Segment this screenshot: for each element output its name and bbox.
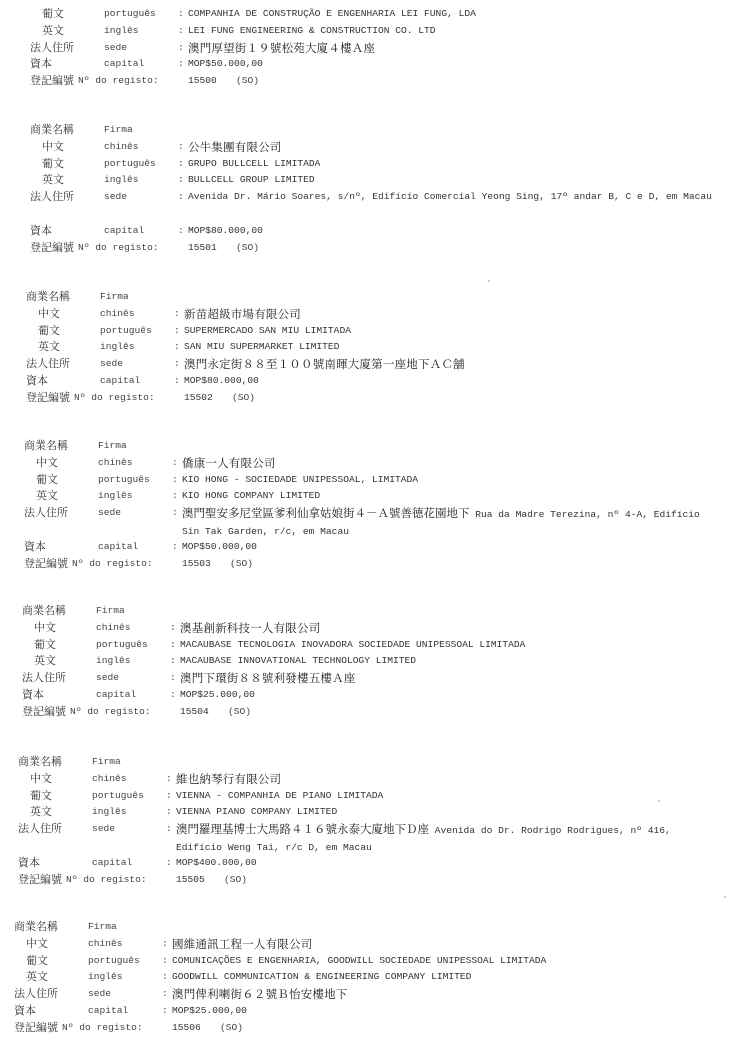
colon: : — [172, 488, 178, 505]
label-pt: Firma — [96, 603, 125, 620]
colon: : — [178, 156, 184, 173]
portuguese-name-row: 葡文 português : SUPERMERCADO SAN MIU LIMI… — [26, 323, 736, 340]
label-zh: 中文 — [38, 306, 60, 323]
capital-row: 資本 capital : MOP$400.000,00 — [18, 855, 736, 872]
english-name-row: 英文 inglês : KIO HONG COMPANY LIMITED — [24, 488, 736, 505]
scan-speck — [724, 896, 726, 898]
label-zh: 資本 — [22, 687, 44, 704]
company-record-15502: 商業名稱 Firma 中文 chinês : 新苗超級市場有限公司 葡文 por… — [26, 289, 736, 407]
capital-value: MOP$25.000,00 — [172, 1003, 732, 1020]
sede-row: 法人住所 sede : Avenida Dr. Mário Soares, s/… — [30, 189, 736, 223]
label-pt: Nº do registo: — [74, 390, 155, 407]
registo-number: 15504 — [180, 704, 209, 721]
registo-suffix: (SO) — [230, 556, 253, 573]
label-pt: sede — [88, 986, 111, 1003]
label-zh: 葡文 — [30, 788, 52, 805]
label-pt: chinês — [104, 139, 139, 156]
sede-address: 澳門下環街８８號利發樓五樓Ａ座 — [180, 670, 736, 687]
company-record-15506: 商業名稱 Firma 中文 chinês : 國維通訊工程一人有限公司 葡文 p… — [14, 919, 734, 1037]
english-name: KIO HONG COMPANY LIMITED — [182, 488, 736, 505]
colon: : — [162, 953, 168, 970]
label-zh: 法人住所 — [26, 356, 70, 373]
capital-value: MOP$400.000,00 — [176, 855, 736, 872]
capital-row: 資本 capital : MOP$80.000,00 — [30, 223, 736, 240]
registo-number: 15503 — [182, 556, 211, 573]
label-pt: inglês — [92, 804, 127, 821]
capital-row: 資本 capital : MOP$50.000,00 — [30, 56, 736, 73]
label-zh: 葡文 — [36, 472, 58, 489]
sede-row: 法人住所 sede : 澳門厚望街１９號松苑大廈４樓Ａ座 — [30, 40, 736, 57]
registo-number: 15505 — [176, 872, 205, 889]
sede-row: 法人住所 sede : 澳門俾利喇街６２號Ｂ怡安樓地下 — [14, 986, 734, 1003]
label-zh: 法人住所 — [22, 670, 66, 687]
portuguese-name: COMPANHIA DE CONSTRUÇÃO E ENGENHARIA LEI… — [188, 6, 736, 23]
registo-number: 15500 — [188, 73, 217, 90]
english-name: GOODWILL COMMUNICATION & ENGINEERING COM… — [172, 969, 732, 986]
sede-address: 澳門俾利喇街６２號Ｂ怡安樓地下 — [172, 986, 732, 1003]
label-zh: 資本 — [26, 373, 48, 390]
colon: : — [178, 6, 184, 23]
label-pt: chinês — [92, 771, 127, 788]
label-zh: 中文 — [36, 455, 58, 472]
label-pt: capital — [100, 373, 140, 390]
label-zh: 法人住所 — [14, 986, 58, 1003]
registo-suffix: (SO) — [236, 240, 259, 257]
label-zh: 登記編號 — [14, 1020, 58, 1037]
label-pt: Nº do registo: — [78, 73, 159, 90]
portuguese-name-row: 葡文 português : VIENNA - COMPANHIA DE PIA… — [18, 788, 736, 805]
label-pt: capital — [104, 56, 144, 73]
label-zh: 葡文 — [26, 953, 48, 970]
capital-row: 資本 capital : MOP$80.000,00 — [26, 373, 736, 390]
portuguese-name: COMUNICAÇÕES E ENGENHARIA, GOODWILL SOCI… — [172, 953, 732, 970]
label-pt: Firma — [88, 919, 117, 936]
registo-suffix: (SO) — [232, 390, 255, 407]
label-pt: sede — [98, 505, 121, 522]
english-name-row: 英文 inglês : SAN MIU SUPERMARKET LIMITED — [26, 339, 736, 356]
label-pt: português — [96, 637, 148, 654]
firma-row: 商業名稱 Firma — [14, 919, 734, 936]
colon: : — [178, 23, 184, 40]
registo-suffix: (SO) — [224, 872, 247, 889]
registo-row: 登記編號 Nº do registo: 15502 (SO) — [26, 390, 736, 407]
label-zh: 法人住所 — [30, 40, 74, 57]
scan-speck — [658, 800, 660, 802]
label-pt: português — [104, 6, 156, 23]
label-zh: 登記編號 — [24, 556, 68, 573]
chinese-name: 維也納琴行有限公司 — [176, 771, 736, 788]
colon: : — [172, 472, 178, 489]
colon: : — [170, 687, 176, 704]
english-name: BULLCELL GROUP LIMITED — [188, 172, 736, 189]
registo-suffix: (SO) — [228, 704, 251, 721]
colon: : — [178, 223, 184, 240]
label-pt: inglês — [100, 339, 135, 356]
label-pt: capital — [98, 539, 138, 556]
label-zh: 商業名稱 — [26, 289, 70, 306]
colon: : — [162, 986, 168, 1003]
label-pt: Nº do registo: — [66, 872, 147, 889]
colon: : — [162, 969, 168, 986]
label-zh: 登記編號 — [18, 872, 62, 889]
label-zh: 資本 — [14, 1003, 36, 1020]
label-pt: inglês — [96, 653, 131, 670]
english-name: VIENNA PIANO COMPANY LIMITED — [176, 804, 736, 821]
gazette-page: 葡文 português : COMPANHIA DE CONSTRUÇÃO E… — [0, 0, 736, 1051]
firma-row: 商業名稱 Firma — [26, 289, 736, 306]
sede-row: 法人住所 sede : 澳門羅理基博士大馬路４１６號永泰大廈地下Ｄ座 Aveni… — [18, 821, 736, 855]
firma-row: 商業名稱 Firma — [18, 754, 736, 771]
label-zh: 商業名稱 — [22, 603, 66, 620]
label-pt: chinês — [98, 455, 133, 472]
colon: : — [162, 1003, 168, 1020]
chinese-name-row: 中文 chinês : 新苗超級市場有限公司 — [26, 306, 736, 323]
label-pt: sede — [100, 356, 123, 373]
registo-number: 15501 — [188, 240, 217, 257]
colon: : — [178, 172, 184, 189]
sede-row: 法人住所 sede : 澳門永定街８８至１００號南暉大廈第一座地下ＡＣ舖 — [26, 356, 736, 373]
portuguese-name: KIO HONG - SOCIEDADE UNIPESSOAL, LIMITAD… — [182, 472, 736, 489]
label-zh: 葡文 — [42, 156, 64, 173]
label-zh: 中文 — [34, 620, 56, 637]
portuguese-name-row: 葡文 português : GRUPO BULLCELL LIMITADA — [30, 156, 736, 173]
sede-row: 法人住所 sede : 澳門下環街８８號利發樓五樓Ａ座 — [22, 670, 736, 687]
colon: : — [172, 455, 178, 472]
company-record-15504: 商業名稱 Firma 中文 chinês : 澳基創新科技一人有限公司 葡文 p… — [22, 603, 736, 721]
colon: : — [172, 505, 178, 522]
english-name: MACAUBASE INNOVATIONAL TECHNOLOGY LIMITE… — [180, 653, 736, 670]
label-zh: 登記編號 — [26, 390, 70, 407]
label-pt: sede — [104, 189, 127, 206]
chinese-name: 公牛集團有限公司 — [188, 139, 736, 156]
company-record-15501: 商業名稱 Firma 中文 chinês : 公牛集團有限公司 葡文 portu… — [30, 122, 736, 256]
sede-address-cjk: 澳門羅理基博士大馬路４１６號永泰大廈地下Ｄ座 — [176, 822, 429, 836]
chinese-name-row: 中文 chinês : 澳基創新科技一人有限公司 — [22, 620, 736, 637]
english-name: LEI FUNG ENGINEERING & CONSTRUCTION CO. … — [188, 23, 736, 40]
label-zh: 資本 — [18, 855, 40, 872]
label-zh: 商業名稱 — [30, 122, 74, 139]
registo-number: 15502 — [184, 390, 213, 407]
capital-row: 資本 capital : MOP$25.000,00 — [22, 687, 736, 704]
label-zh: 中文 — [30, 771, 52, 788]
label-zh: 法人住所 — [18, 821, 62, 838]
label-zh: 葡文 — [34, 637, 56, 654]
colon: : — [178, 56, 184, 73]
capital-row: 資本 capital : MOP$50.000,00 — [24, 539, 736, 556]
registo-suffix: (SO) — [220, 1020, 243, 1037]
label-pt: chinês — [100, 306, 135, 323]
capital-value: MOP$50.000,00 — [182, 539, 736, 556]
registo-row: 登記編號 Nº do registo: 15504 (SO) — [22, 704, 736, 721]
colon: : — [178, 139, 184, 156]
scan-speck — [488, 280, 490, 282]
colon: : — [170, 620, 176, 637]
label-pt: português — [100, 323, 152, 340]
label-zh: 葡文 — [42, 6, 64, 23]
colon: : — [174, 356, 180, 373]
registo-row: 登記編號 Nº do registo: 15501 (SO) — [30, 240, 736, 257]
label-pt: sede — [92, 821, 115, 838]
registo-row: 登記編號 Nº do registo: 15505 (SO) — [18, 872, 736, 889]
capital-value: MOP$80.000,00 — [184, 373, 736, 390]
colon: : — [172, 539, 178, 556]
label-zh: 法人住所 — [30, 189, 74, 206]
label-pt: português — [98, 472, 150, 489]
chinese-name-row: 中文 chinês : 國維通訊工程一人有限公司 — [14, 936, 734, 953]
label-pt: chinês — [88, 936, 123, 953]
label-pt: inglês — [88, 969, 123, 986]
company-record-15505: 商業名稱 Firma 中文 chinês : 維也納琴行有限公司 葡文 port… — [18, 754, 736, 888]
company-record-15503: 商業名稱 Firma 中文 chinês : 僑康一人有限公司 葡文 portu… — [24, 438, 736, 572]
label-zh: 英文 — [42, 172, 64, 189]
label-pt: Nº do registo: — [72, 556, 153, 573]
label-pt: Firma — [104, 122, 133, 139]
colon: : — [162, 936, 168, 953]
colon: : — [170, 670, 176, 687]
colon: : — [166, 771, 172, 788]
english-name-row: 英文 inglês : VIENNA PIANO COMPANY LIMITED — [18, 804, 736, 821]
portuguese-name-row: 葡文 português : COMUNICAÇÕES E ENGENHARIA… — [14, 953, 734, 970]
label-pt: capital — [104, 223, 144, 240]
label-zh: 登記編號 — [30, 240, 74, 257]
english-name-row: 英文 inglês : MACAUBASE INNOVATIONAL TECHN… — [22, 653, 736, 670]
firma-row: 商業名稱 Firma — [30, 122, 736, 139]
sede-address: 澳門厚望街１９號松苑大廈４樓Ａ座 — [188, 40, 736, 57]
label-pt: Nº do registo: — [62, 1020, 143, 1037]
label-pt: inglês — [104, 23, 139, 40]
colon: : — [174, 323, 180, 340]
english-name-row: 英文 inglês : LEI FUNG ENGINEERING & CONST… — [30, 23, 736, 40]
capital-row: 資本 capital : MOP$25.000,00 — [14, 1003, 734, 1020]
label-pt: capital — [96, 687, 136, 704]
colon: : — [174, 306, 180, 323]
label-zh: 商業名稱 — [14, 919, 58, 936]
label-zh: 英文 — [42, 23, 64, 40]
colon: : — [174, 339, 180, 356]
label-zh: 中文 — [42, 139, 64, 156]
label-zh: 葡文 — [38, 323, 60, 340]
english-name: SAN MIU SUPERMARKET LIMITED — [184, 339, 736, 356]
label-pt: capital — [92, 855, 132, 872]
sede-address-cjk: 澳門聖安多尼堂區爹利仙拿姑娘街４－Ａ號善德花園地下 — [182, 506, 470, 520]
portuguese-name: MACAUBASE TECNOLOGIA INOVADORA SOCIEDADE… — [180, 637, 736, 654]
label-pt: inglês — [104, 172, 139, 189]
sede-address: 澳門羅理基博士大馬路４１６號永泰大廈地下Ｄ座 Avenida do Dr. Ro… — [176, 821, 721, 857]
chinese-name: 新苗超級市場有限公司 — [184, 306, 736, 323]
label-zh: 中文 — [26, 936, 48, 953]
portuguese-name-row: 葡文 português : KIO HONG - SOCIEDADE UNIP… — [24, 472, 736, 489]
label-zh: 英文 — [30, 804, 52, 821]
registo-row: 登記編號 Nº do registo: 15506 (SO) — [14, 1020, 734, 1037]
company-record-15500: 葡文 português : COMPANHIA DE CONSTRUÇÃO E… — [30, 6, 736, 90]
portuguese-name-row: 葡文 português : MACAUBASE TECNOLOGIA INOV… — [22, 637, 736, 654]
chinese-name-row: 中文 chinês : 僑康一人有限公司 — [24, 455, 736, 472]
capital-value: MOP$50.000,00 — [188, 56, 736, 73]
registo-suffix: (SO) — [236, 73, 259, 90]
label-zh: 商業名稱 — [18, 754, 62, 771]
label-pt: português — [104, 156, 156, 173]
label-zh: 登記編號 — [30, 73, 74, 90]
portuguese-name: GRUPO BULLCELL LIMITADA — [188, 156, 736, 173]
colon: : — [170, 637, 176, 654]
label-pt: capital — [88, 1003, 128, 1020]
label-pt: Nº do registo: — [70, 704, 151, 721]
sede-address: 澳門永定街８８至１００號南暉大廈第一座地下ＡＣ舖 — [184, 356, 736, 373]
colon: : — [174, 373, 180, 390]
english-name-row: 英文 inglês : BULLCELL GROUP LIMITED — [30, 172, 736, 189]
label-zh: 法人住所 — [24, 505, 68, 522]
label-pt: sede — [104, 40, 127, 57]
chinese-name: 國維通訊工程一人有限公司 — [172, 936, 732, 953]
label-zh: 資本 — [24, 539, 46, 556]
label-pt: Firma — [98, 438, 127, 455]
firma-row: 商業名稱 Firma — [24, 438, 736, 455]
sede-address: Avenida Dr. Mário Soares, s/nº, Edifício… — [188, 189, 736, 206]
label-zh: 英文 — [26, 969, 48, 986]
capital-value: MOP$80.000,00 — [188, 223, 736, 240]
sede-address: 澳門聖安多尼堂區爹利仙拿姑娘街４－Ａ號善德花園地下 Rua da Madre T… — [182, 505, 722, 541]
registo-row: 登記編號 Nº do registo: 15503 (SO) — [24, 556, 736, 573]
colon: : — [178, 40, 184, 57]
label-zh: 資本 — [30, 223, 52, 240]
label-pt: sede — [96, 670, 119, 687]
registo-row: 登記編號 Nº do registo: 15500 (SO) — [30, 73, 736, 90]
label-pt: chinês — [96, 620, 131, 637]
portuguese-name-row: 葡文 português : COMPANHIA DE CONSTRUÇÃO E… — [30, 6, 736, 23]
portuguese-name: VIENNA - COMPANHIA DE PIANO LIMITADA — [176, 788, 736, 805]
chinese-name: 澳基創新科技一人有限公司 — [180, 620, 736, 637]
label-pt: inglês — [98, 488, 133, 505]
chinese-name: 僑康一人有限公司 — [182, 455, 736, 472]
capital-value: MOP$25.000,00 — [180, 687, 736, 704]
sede-row: 法人住所 sede : 澳門聖安多尼堂區爹利仙拿姑娘街４－Ａ號善德花園地下 Ru… — [24, 505, 736, 539]
label-pt: português — [88, 953, 140, 970]
chinese-name-row: 中文 chinês : 維也納琴行有限公司 — [18, 771, 736, 788]
colon: : — [178, 189, 184, 206]
chinese-name-row: 中文 chinês : 公牛集團有限公司 — [30, 139, 736, 156]
label-pt: Nº do registo: — [78, 240, 159, 257]
label-pt: Firma — [100, 289, 129, 306]
label-pt: português — [92, 788, 144, 805]
colon: : — [166, 821, 172, 838]
label-zh: 英文 — [34, 653, 56, 670]
english-name-row: 英文 inglês : GOODWILL COMMUNICATION & ENG… — [14, 969, 734, 986]
colon: : — [170, 653, 176, 670]
portuguese-name: SUPERMERCADO SAN MIU LIMITADA — [184, 323, 736, 340]
label-zh: 英文 — [38, 339, 60, 356]
colon: : — [166, 855, 172, 872]
label-zh: 登記編號 — [22, 704, 66, 721]
label-zh: 英文 — [36, 488, 58, 505]
label-zh: 商業名稱 — [24, 438, 68, 455]
colon: : — [166, 804, 172, 821]
label-pt: Firma — [92, 754, 121, 771]
registo-number: 15506 — [172, 1020, 201, 1037]
label-zh: 資本 — [30, 56, 52, 73]
colon: : — [166, 788, 172, 805]
firma-row: 商業名稱 Firma — [22, 603, 736, 620]
